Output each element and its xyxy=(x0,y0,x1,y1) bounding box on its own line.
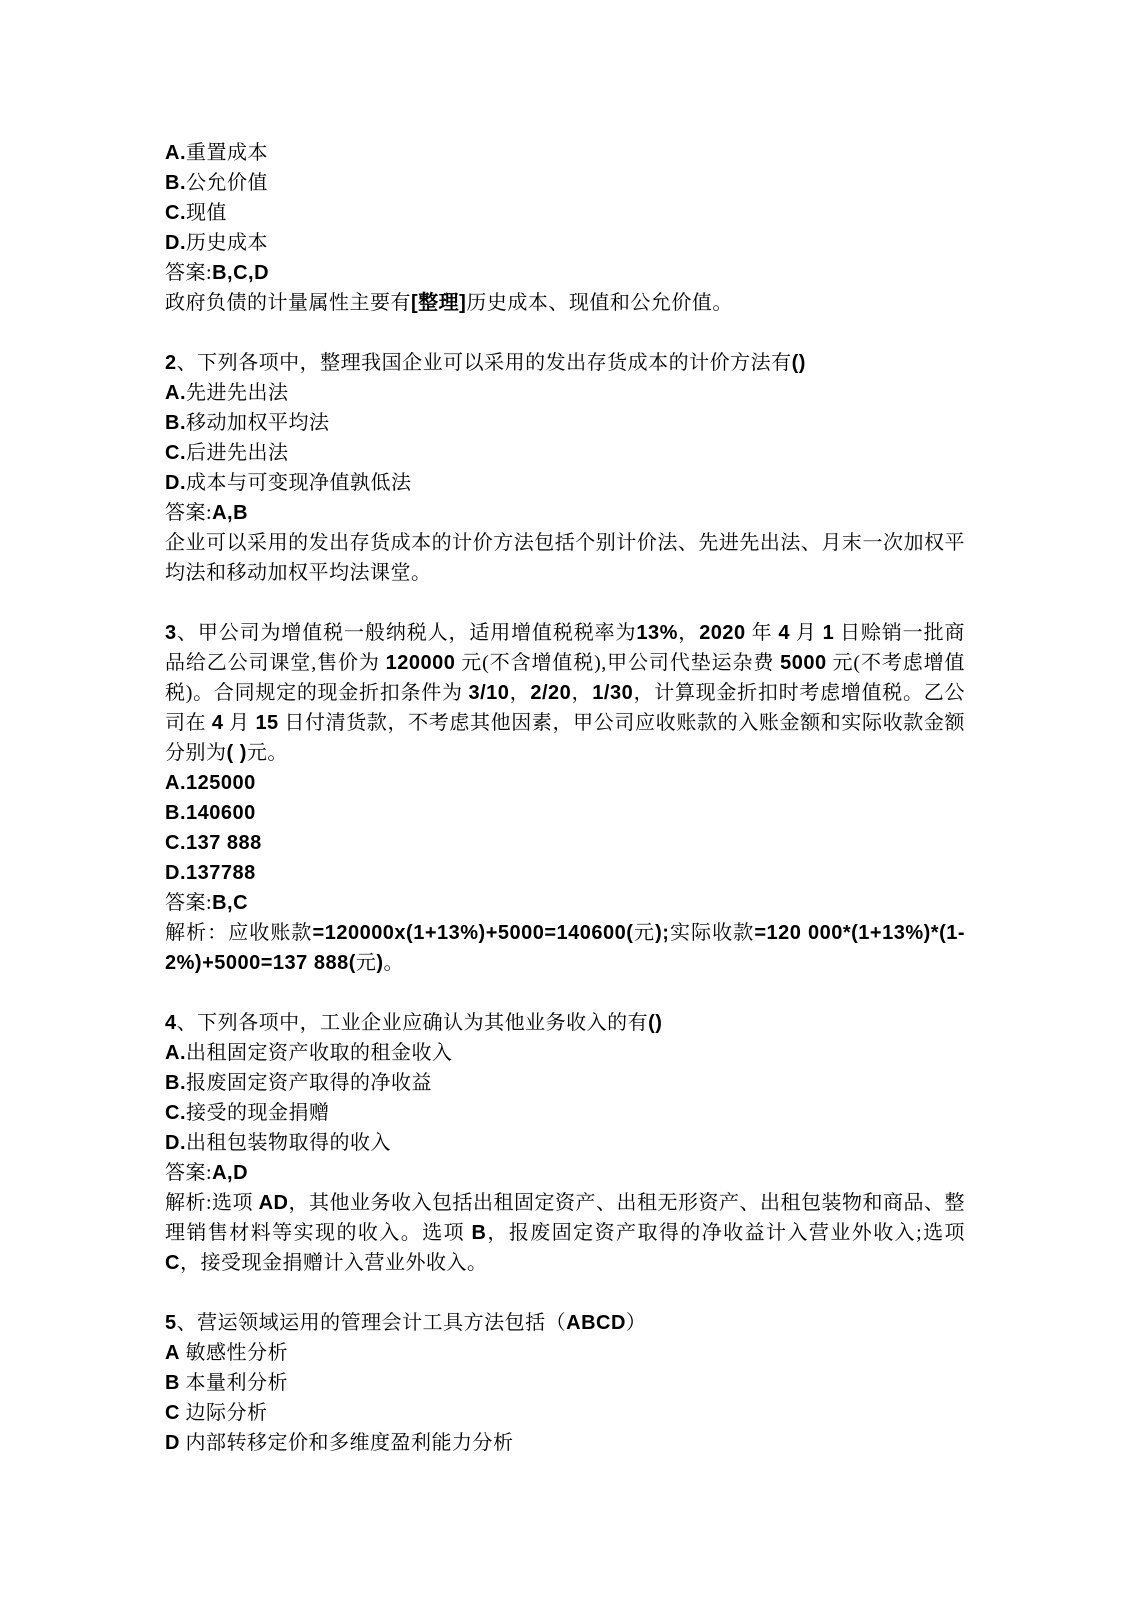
option-c: C.现值 xyxy=(165,198,965,228)
bold-text-run: 5 xyxy=(165,1312,177,1334)
bold-text-run: A.125000 xyxy=(165,772,256,794)
text-run: 解析:选项 xyxy=(165,1192,259,1214)
bold-text-run: A,D xyxy=(212,1162,248,1184)
document-page: A.重置成本B.公允价值C.现值D.历史成本答案:B,C,D政府负债的计量属性主… xyxy=(0,0,1131,1600)
bold-text-run: ); xyxy=(655,922,669,944)
text-run: 年 xyxy=(746,622,779,644)
text-run: 后进先出法 xyxy=(186,442,289,464)
bold-text-run: 13% xyxy=(636,622,678,644)
text-run: ， xyxy=(678,622,699,644)
bold-text-run: 4 xyxy=(165,1012,177,1034)
bold-text-run: 2/20 xyxy=(530,682,571,704)
bold-text-run: D xyxy=(165,1432,180,1454)
text-run: 月 xyxy=(790,622,823,644)
option-b: B.公允价值 xyxy=(165,168,965,198)
bold-text-run: 1/30 xyxy=(592,682,633,704)
question-3: 3、甲公司为增值税一般纳税人，适用增值税税率为13%，2020 年 4 月 1 … xyxy=(165,618,965,978)
bold-text-run: C. xyxy=(165,202,186,224)
text-run: 、甲公司为增值税一般纳税人，适用增值税税率为 xyxy=(177,622,637,644)
bold-text-run: 4 xyxy=(778,622,790,644)
bold-text-run: [整理] xyxy=(411,292,466,314)
bold-text-run: B. xyxy=(165,1072,186,1094)
bold-text-run: 5000 xyxy=(780,652,827,674)
bold-text-run: D.137788 xyxy=(165,862,256,884)
bold-text-run: C. xyxy=(165,442,186,464)
bold-text-run: ABCD xyxy=(566,1312,626,1334)
question-title: 2、下列各项中，整理我国企业可以采用的发出存货成本的计价方法有() xyxy=(165,348,965,378)
text-run: 、下列各项中，工业企业应确认为其他业务收入的有 xyxy=(177,1012,649,1034)
explanation: 企业可以采用的发出存货成本的计价方法包括个别计价法、先进先出法、月末一次加权平均… xyxy=(165,528,965,588)
answer-line: 答案:B,C,D xyxy=(165,258,965,288)
text-run: ） xyxy=(626,1312,647,1334)
option-d: D.历史成本 xyxy=(165,228,965,258)
text-run: 敏感性分析 xyxy=(180,1342,288,1364)
bold-text-run: A. xyxy=(165,1042,186,1064)
text-run: 、营运领域运用的管理会计工具方法包括（ xyxy=(177,1312,567,1334)
bold-text-run: A. xyxy=(165,382,186,404)
option-d: D.137788 xyxy=(165,858,965,888)
question-4: 4、下列各项中，工业企业应确认为其他业务收入的有()A.出租固定资产收取的租金收… xyxy=(165,1008,965,1278)
question-1-options-and-answer: A.重置成本B.公允价值C.现值D.历史成本答案:B,C,D政府负债的计量属性主… xyxy=(165,138,965,318)
option-a: A 敏感性分析 xyxy=(165,1338,965,1368)
text-run: 元。 xyxy=(247,742,288,764)
answer-line: 答案:A,B xyxy=(165,498,965,528)
question-5: 5、营运领域运用的管理会计工具方法包括（ABCD）A 敏感性分析B 本量利分析C… xyxy=(165,1308,965,1458)
text-run: 本量利分析 xyxy=(180,1372,288,1394)
bold-text-run: C xyxy=(165,1252,180,1274)
text-run: ，接受现金捐赠计入营业外收入。 xyxy=(180,1252,488,1274)
text-run: 月 xyxy=(224,712,256,734)
bold-text-run: D. xyxy=(165,232,186,254)
text-run: 现值 xyxy=(186,202,227,224)
option-d: D 内部转移定价和多维度盈利能力分析 xyxy=(165,1428,965,1458)
text-run: 答案: xyxy=(165,892,212,914)
text-run: 成本与可变现净值孰低法 xyxy=(186,472,412,494)
option-a: A.先进先出法 xyxy=(165,378,965,408)
option-c: C.137 888 xyxy=(165,828,965,858)
text-run: ， xyxy=(509,682,530,704)
text-run: 出租固定资产收取的租金收入 xyxy=(186,1042,453,1064)
bold-text-run: B. xyxy=(165,172,186,194)
bold-text-run: B. xyxy=(165,412,186,434)
option-d: D.成本与可变现净值孰低法 xyxy=(165,468,965,498)
text-run: 政府负债的计量属性主要有 xyxy=(165,292,411,314)
bold-text-run: D. xyxy=(165,472,186,494)
text-run: 重置成本 xyxy=(186,142,268,164)
text-run: 移动加权平均法 xyxy=(186,412,330,434)
text-run: 答案: xyxy=(165,502,212,524)
bold-text-run: B xyxy=(165,1372,180,1394)
explanation: 政府负债的计量属性主要有[整理]历史成本、现值和公允价值。 xyxy=(165,288,965,318)
bold-text-run: A. xyxy=(165,142,186,164)
text-run: ，报废固定资产取得的净收益计入营业外收入;选项 xyxy=(486,1222,965,1244)
bold-text-run: ( ) xyxy=(227,742,247,764)
bold-text-run: 120000 xyxy=(386,652,456,674)
text-run: 答案: xyxy=(165,262,212,284)
option-b: B.140600 xyxy=(165,798,965,828)
bold-text-run: 15 xyxy=(255,712,278,734)
bold-text-run: ) xyxy=(376,952,383,974)
bold-text-run: 3 xyxy=(165,622,177,644)
text-run: 公允价值 xyxy=(186,172,268,194)
text-run: 历史成本 xyxy=(186,232,268,254)
option-b: B.报废固定资产取得的净收益 xyxy=(165,1068,965,1098)
option-c: C.接受的现金捐赠 xyxy=(165,1098,965,1128)
option-b: B.移动加权平均法 xyxy=(165,408,965,438)
text-run: 企业可以采用的发出存货成本的计价方法包括个别计价法、先进先出法、月末一次加权平均… xyxy=(165,532,965,584)
bold-text-run: C xyxy=(165,1402,180,1424)
question-2: 2、下列各项中，整理我国企业可以采用的发出存货成本的计价方法有()A.先进先出法… xyxy=(165,348,965,588)
option-d: D.出租包装物取得的收入 xyxy=(165,1128,965,1158)
bold-text-run: 2 xyxy=(165,352,177,374)
text-run: 解析：应收账款 xyxy=(165,922,313,944)
answer-line: 答案:A,D xyxy=(165,1158,965,1188)
bold-text-run: () xyxy=(792,352,806,374)
analysis: 解析:选项 AD，其他业务收入包括出租固定资产、出租无形资产、出租包装物和商品、… xyxy=(165,1188,965,1278)
answer-line: 答案:B,C xyxy=(165,888,965,918)
bold-text-run: A,B xyxy=(212,502,248,524)
text-run: 元 xyxy=(633,922,655,944)
text-run: 元(不含增值税),甲公司代垫运杂费 xyxy=(455,652,780,674)
bold-text-run: B,C xyxy=(212,892,248,914)
bold-text-run: 4 xyxy=(212,712,224,734)
option-c: C 边际分析 xyxy=(165,1398,965,1428)
document-content: A.重置成本B.公允价值C.现值D.历史成本答案:B,C,D政府负债的计量属性主… xyxy=(165,138,965,1458)
text-run: 报废固定资产取得的净收益 xyxy=(186,1072,432,1094)
bold-text-run: 2020 xyxy=(699,622,746,644)
text-run: 、下列各项中，整理我国企业可以采用的发出存货成本的计价方法有 xyxy=(177,352,792,374)
bold-text-run: =120000x(1+13%)+5000=140600( xyxy=(313,922,634,944)
option-a: A.出租固定资产收取的租金收入 xyxy=(165,1038,965,1068)
option-a: A.125000 xyxy=(165,768,965,798)
analysis: 解析：应收账款=120000x(1+13%)+5000=140600(元);实际… xyxy=(165,918,965,978)
text-run: 实际收款 xyxy=(669,922,754,944)
question-title: 4、下列各项中，工业企业应确认为其他业务收入的有() xyxy=(165,1008,965,1038)
bold-text-run: 1 xyxy=(823,622,835,644)
question-title: 3、甲公司为增值税一般纳税人，适用增值税税率为13%，2020 年 4 月 1 … xyxy=(165,618,965,768)
text-run: 历史成本、现值和公允价值。 xyxy=(466,292,733,314)
bold-text-run: C. xyxy=(165,1102,186,1124)
text-run: 。 xyxy=(384,952,405,974)
bold-text-run: B xyxy=(472,1222,487,1244)
bold-text-run: C.137 888 xyxy=(165,832,262,854)
text-run: 先进先出法 xyxy=(186,382,289,404)
text-run: 答案: xyxy=(165,1162,212,1184)
bold-text-run: B.140600 xyxy=(165,802,256,824)
bold-text-run: D. xyxy=(165,1132,186,1154)
bold-text-run: A xyxy=(165,1342,180,1364)
bold-text-run: AD xyxy=(259,1192,289,1214)
text-run: 接受的现金捐赠 xyxy=(186,1102,330,1124)
text-run: 元 xyxy=(356,952,377,974)
text-run: 内部转移定价和多维度盈利能力分析 xyxy=(180,1432,514,1454)
option-b: B 本量利分析 xyxy=(165,1368,965,1398)
option-a: A.重置成本 xyxy=(165,138,965,168)
text-run: 边际分析 xyxy=(180,1402,268,1424)
text-run: ， xyxy=(571,682,592,704)
bold-text-run: () xyxy=(648,1012,662,1034)
option-c: C.后进先出法 xyxy=(165,438,965,468)
bold-text-run: 3/10 xyxy=(468,682,509,704)
bold-text-run: B,C,D xyxy=(212,262,269,284)
question-title: 5、营运领域运用的管理会计工具方法包括（ABCD） xyxy=(165,1308,965,1338)
text-run: 出租包装物取得的收入 xyxy=(186,1132,391,1154)
